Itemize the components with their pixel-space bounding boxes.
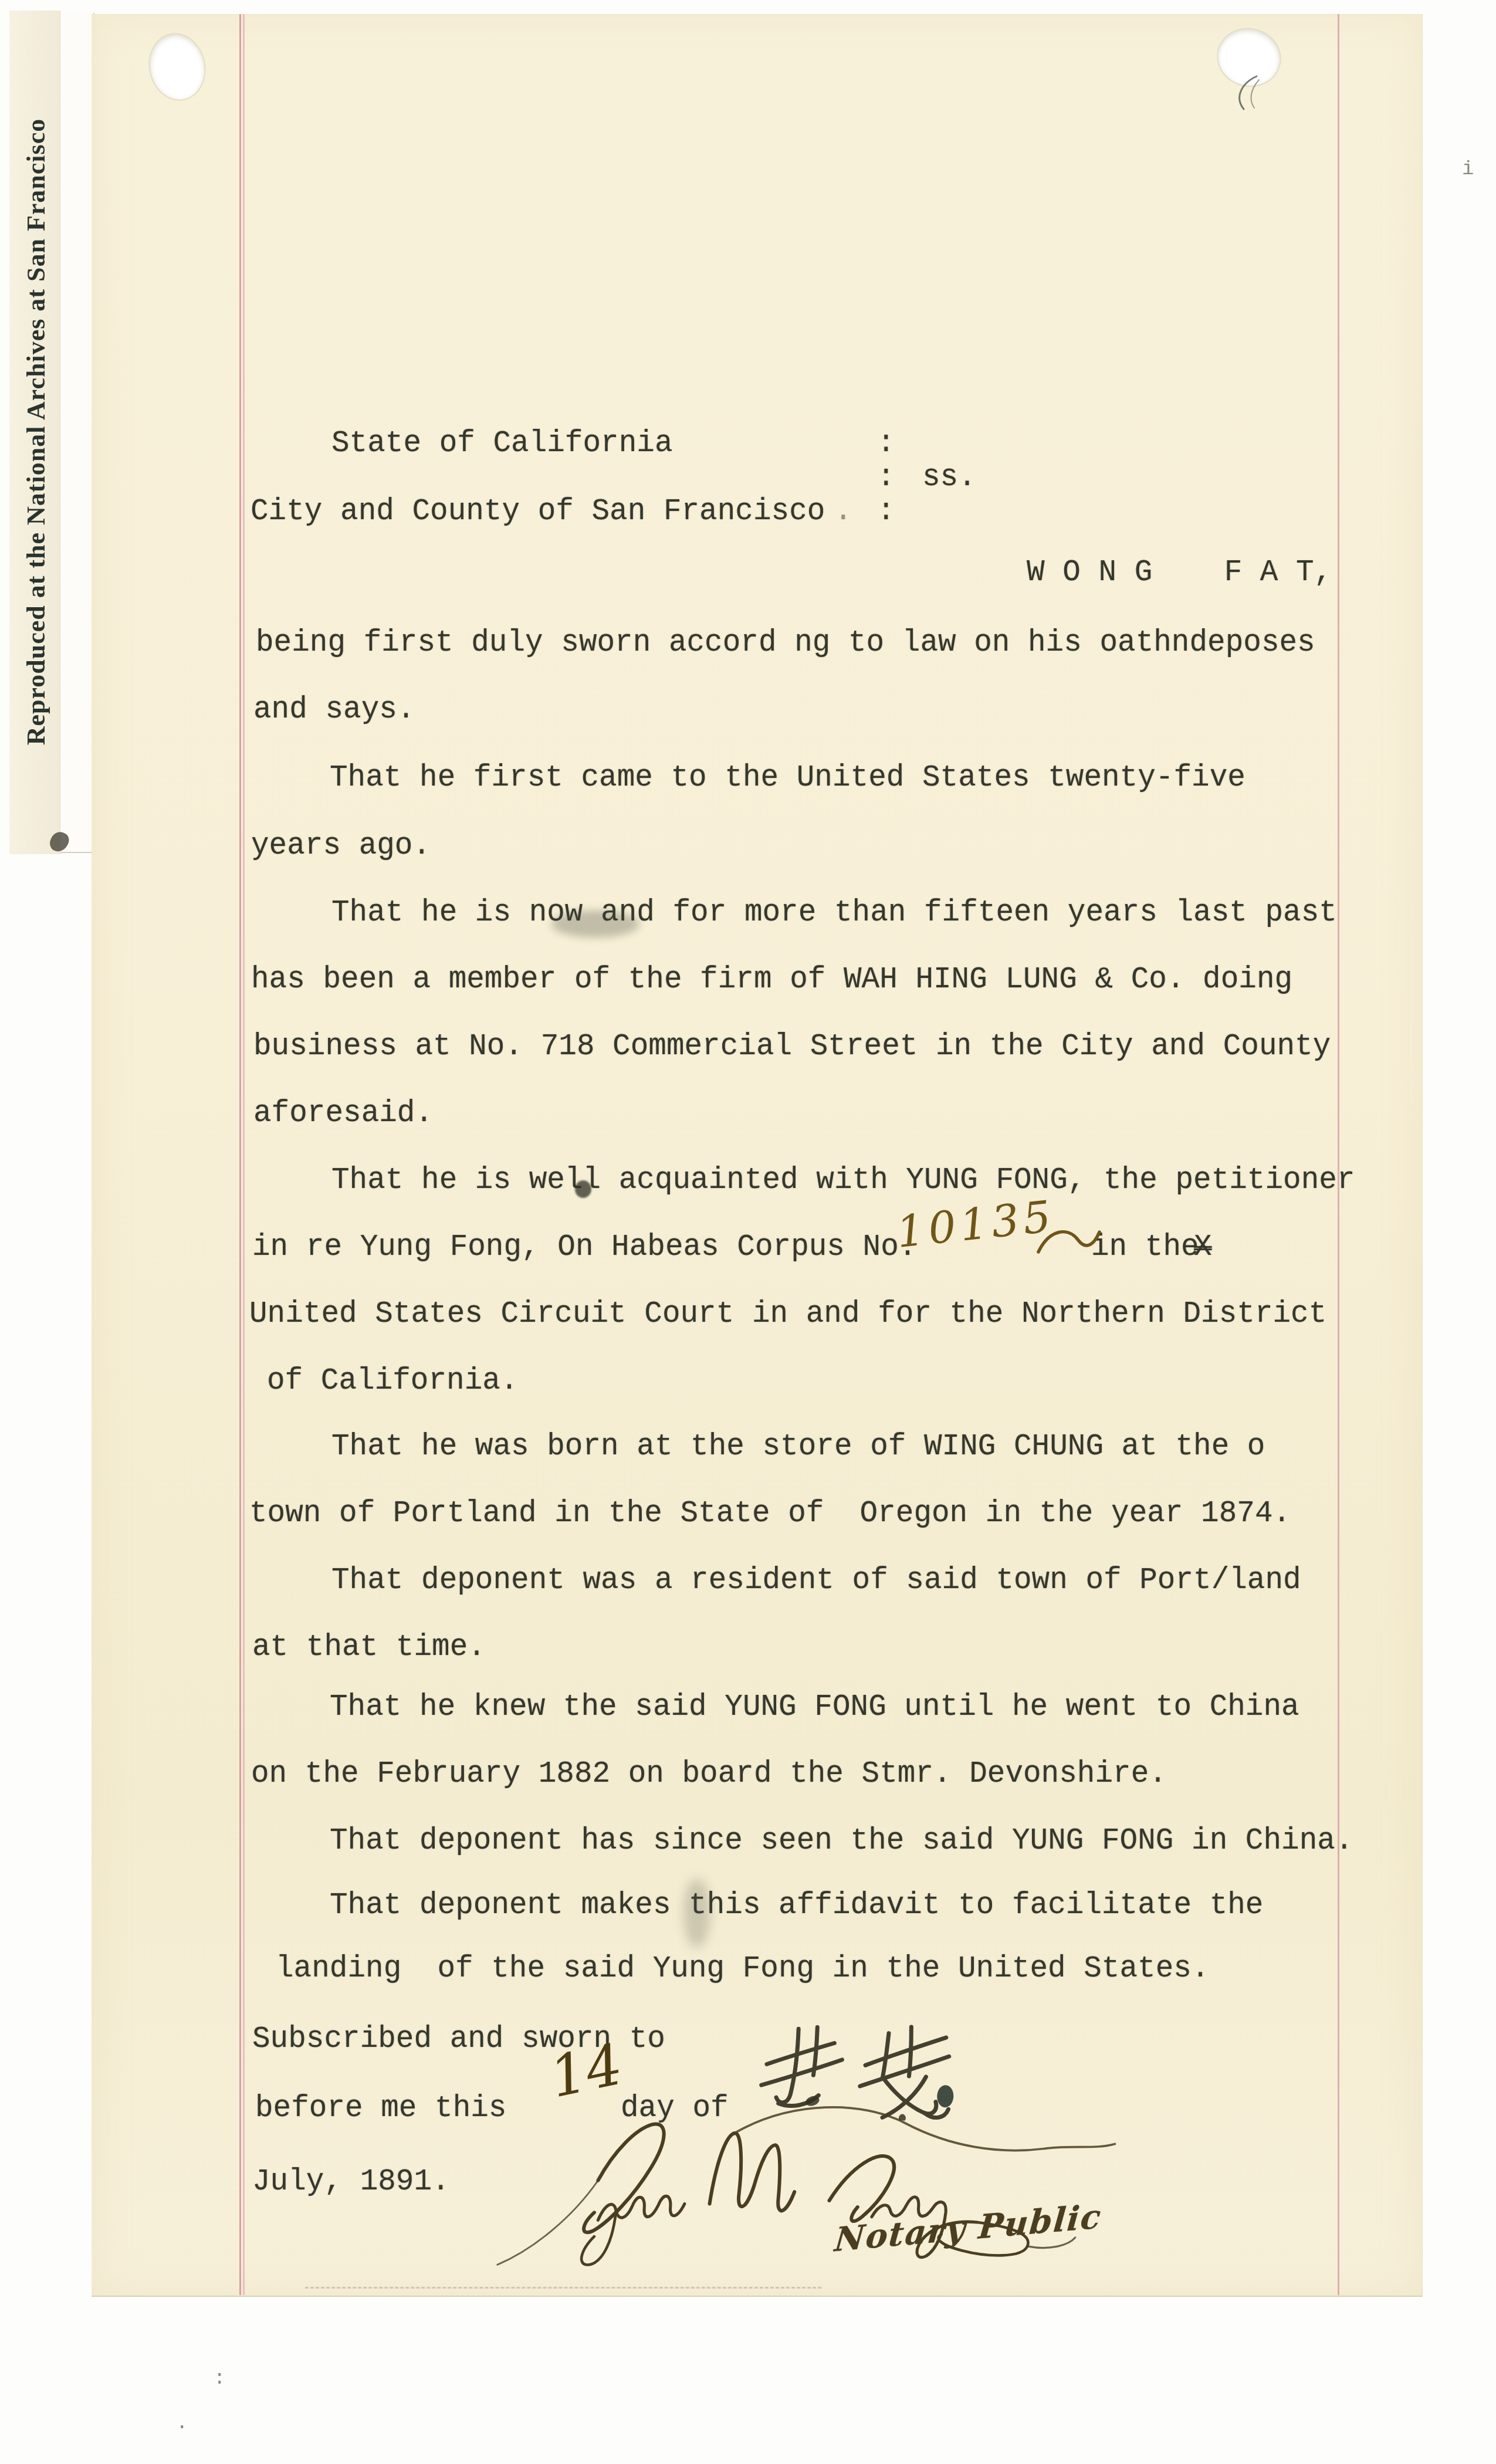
typed-line: That deponent has since seen the said YU… — [330, 1825, 1353, 1859]
typed-line: That he is now and for more than fifteen… — [331, 896, 1337, 931]
typed-line: That he knew the said YUNG FONG until he… — [330, 1691, 1299, 1725]
typed-line: That deponent makes this affidavit to fa… — [330, 1889, 1263, 1924]
notary-signature-script — [481, 2084, 1156, 2272]
ink-smudge — [683, 1879, 710, 1948]
ink-overstrike-dot — [575, 1180, 591, 1198]
typed-line: City and County of San Francisco — [251, 495, 825, 530]
paper-bottom-edge-shade — [305, 2287, 821, 2289]
typed-line: . — [834, 495, 852, 530]
left-margin-line-inner — [243, 14, 245, 2295]
typed-line: of California. — [267, 1365, 518, 1399]
typed-line: in re Yung Fong, On Habeas Corpus No. — [252, 1231, 916, 1265]
typed-line: That deponent was a resident of said tow… — [331, 1564, 1301, 1599]
typed-line: and says. — [253, 693, 415, 728]
typed-line: ss. — [922, 461, 976, 496]
typed-line: That he is well acquainted with YUNG FON… — [331, 1164, 1355, 1199]
typed-line: : — [877, 427, 895, 462]
typed-line: State of California — [331, 427, 673, 462]
archive-strip-label: Reproduced at the National Archives at S… — [13, 12, 60, 852]
right-margin-line — [1338, 14, 1339, 2295]
tape-strip — [60, 13, 94, 853]
scanned-document-canvas: Reproduced at the National Archives at S… — [0, 0, 1496, 2464]
typed-line: United States Circuit Court in and for t… — [249, 1298, 1326, 1332]
stray-mark: . — [176, 2414, 188, 2433]
typed-line: years ago. — [251, 830, 431, 864]
typed-line: That he first came to the United States … — [330, 761, 1245, 796]
stray-mark: : — [214, 2369, 225, 2389]
pen-mark-icon — [1230, 74, 1267, 113]
typed-line: That he was born at the store of WING CH… — [331, 1430, 1265, 1465]
typed-line: business at No. 718 Commercial Street in… — [253, 1030, 1331, 1065]
ink-smudge — [551, 911, 639, 937]
typed-line: town of Portland in the State of Oregon … — [249, 1497, 1291, 1532]
stray-mark: i — [1462, 160, 1474, 180]
typed-line: before me this — [255, 2092, 506, 2127]
typed-line: : — [877, 461, 895, 496]
typed-line: X — [1194, 1231, 1212, 1265]
typed-line: on the February 1882 on board the Stmr. … — [251, 1758, 1167, 1792]
typed-line: in the — [1091, 1231, 1199, 1265]
typed-line: : — [877, 495, 895, 530]
typed-line: aforesaid. — [253, 1097, 433, 1132]
typed-line: July, 1891. — [252, 2165, 450, 2200]
left-margin-line-outer — [239, 14, 241, 2295]
typed-line: W O N G F A T, — [1027, 556, 1332, 591]
pen-flourish-icon — [1034, 1219, 1104, 1266]
typed-line: being first duly sworn accord ng to law … — [256, 627, 1315, 661]
typed-line: at that time. — [252, 1631, 486, 1666]
typed-line: has been a member of the firm of WAH HIN… — [251, 963, 1292, 998]
typed-line: landing of the said Yung Fong in the Uni… — [276, 1952, 1209, 1987]
